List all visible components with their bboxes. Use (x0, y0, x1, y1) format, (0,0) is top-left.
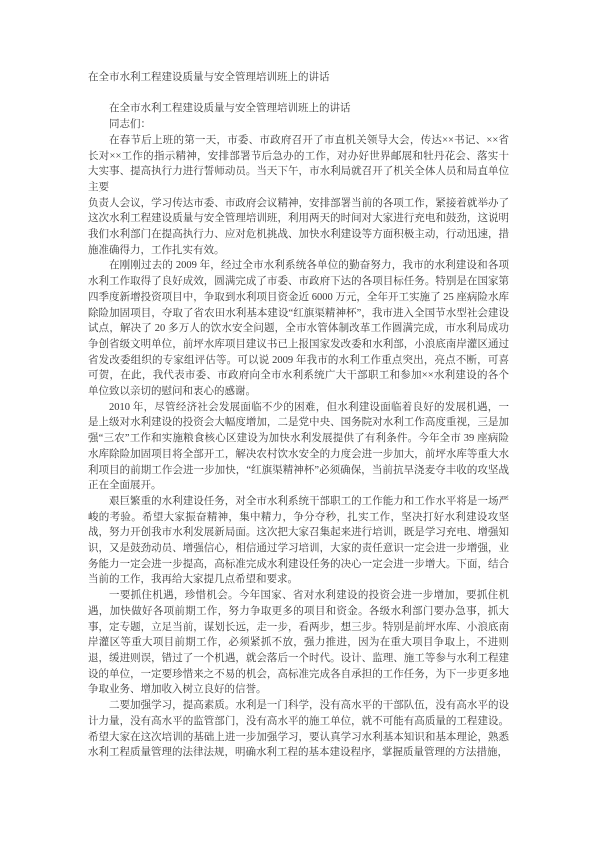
paragraph: 同志们： (88, 117, 509, 133)
paragraph: 艰巨繁重的水利建设任务，对全市水利系统干部职工的工作能力和工作水平将是一场严峻的… (88, 494, 509, 588)
paragraph: 一要抓住机遇，珍惜机会。今年国家、省对水利建设的投资会进一步增加，要抓住机遇，加… (88, 588, 509, 698)
paragraph: 在春节后上班的第一天，市委、市政府召开了市直机关领导大会，传达××书记、××省长… (88, 133, 509, 196)
paragraph: 负责人会议，学习传达市委、市政府会议精神，安排部署当前的各项工作，紧接着就举办了… (88, 196, 509, 259)
document-page: 在全市水利工程建设质量与安全管理培训班上的讲话 在全市水利工程建设质量与安全管理… (0, 0, 600, 850)
document-content: 在全市水利工程建设质量与安全管理培训班上的讲话 在全市水利工程建设质量与安全管理… (88, 70, 509, 761)
document-title: 在全市水利工程建设质量与安全管理培训班上的讲话 (88, 70, 509, 86)
paragraph: 在全市水利工程建设质量与安全管理培训班上的讲话 (88, 101, 509, 117)
paragraph: 在刚刚过去的 2009 年，经过全市水利系统各单位的勤奋努力，我市的水利建设和各… (88, 258, 509, 399)
paragraph: 二要加强学习，提高素质。水利是一门科学，没有高水平的干部队伍，没有高水平的设计力… (88, 698, 509, 761)
paragraph: 2010 年，尽管经济社会发展面临不少的困难，但水利建设面临着良好的发展机遇，一… (88, 400, 509, 494)
document-body: 在全市水利工程建设质量与安全管理培训班上的讲话同志们：在春节后上班的第一天，市委… (88, 101, 509, 761)
